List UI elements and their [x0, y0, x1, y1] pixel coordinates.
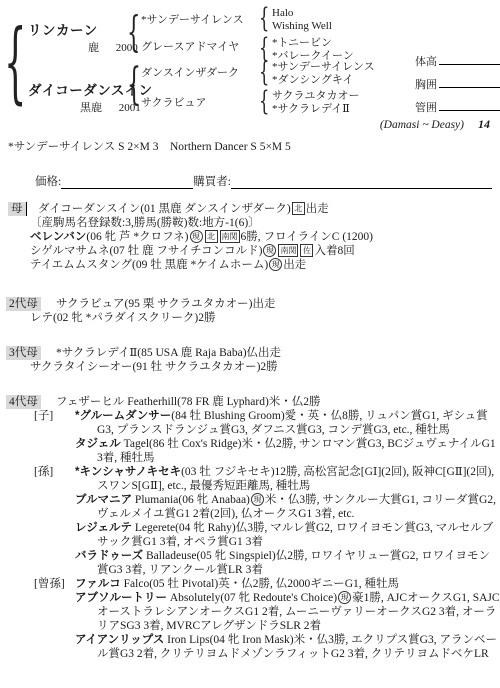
third-dam-head-text: *サクラレデイⅡ(85 USA 鹿 Raja Baba)仏出走 — [56, 347, 281, 359]
text-segment: 出走 — [283, 259, 306, 271]
text-segment: Balladeuse(05 牝 Singspiel)仏2勝, ロワイヤリュー賞G… — [97, 550, 490, 576]
text-segment: レテ(02 牝 *パラダイスクリーク)2勝 — [30, 312, 215, 324]
inbreeding-text: *サンデーサイレンス S 2×M 3 Northern Dancer S 5×M… — [8, 141, 291, 153]
third-dam-head-line: 3代母 *サクラレデイⅡ(85 USA 鹿 Raja Baba)仏出走 — [0, 346, 500, 360]
horse-name: ベレンバン — [30, 231, 86, 243]
sire-color: 鹿 — [88, 42, 99, 54]
text-segment: Legerete(04 牝 Rahy)仏3勝, マルレ賞G2, ロワイヨモン賞G… — [97, 522, 493, 548]
dam-head-line: 母 ダイコーダンスイン(01 黒鹿 ダンスインザダーク)北出走 — [0, 202, 500, 216]
dd-sire: サクラユタカオー — [272, 89, 360, 103]
horse-name: アブソルートリー — [75, 592, 167, 604]
text-segment: ダイコーダンスイン(01 黒鹿 ダンスインザダーク) — [38, 203, 291, 215]
text-segment: Absolutely(07 牝 Redoute's Choice) — [167, 592, 337, 604]
page-reference-range: (Damasi ~ Deasy) — [380, 119, 464, 131]
region-mark: 北 — [292, 202, 305, 215]
horse-name: ファルコ — [75, 578, 121, 590]
great-grandchildren-group: [曾孫] ファルコ Falco(05 牡 Pivotal)英・仏2勝, 仏200… — [0, 577, 500, 661]
grandchildren-group-label: [孫] — [34, 465, 53, 479]
measure-cannon-blank — [439, 99, 500, 111]
price-label: 価格: — [35, 175, 61, 189]
brace-dd-parents: { — [259, 88, 269, 115]
region-mark: 南関 — [220, 230, 240, 243]
page-number: 14 — [478, 117, 490, 131]
offspring-line: テイエムムスタング(09 牡 黒鹿 *ケイムホーム)現出走 — [30, 258, 500, 272]
fourth-dam-head-line: 4代母 フェザーヒル Featherhill(78 FR 鹿 Lyphard)米… — [0, 395, 500, 409]
text-segment: (06 牝 芦 *クロフネ) — [86, 231, 188, 243]
descendant-line: バラドゥーズ Balladeuse(05 牝 Singspiel)仏2勝, ロワ… — [75, 549, 500, 577]
brace-main: { — [4, 18, 26, 106]
measure-height: 体高 — [415, 53, 500, 69]
dam-name: ダイコーダンスイン — [28, 84, 153, 98]
active-racer-mark: 現 — [251, 493, 264, 506]
dam-section-label: 母 — [8, 202, 27, 216]
text-segment: 出走 — [306, 203, 329, 215]
dd-dam: *サクラレデイⅡ — [272, 102, 350, 116]
measure-height-label: 体高 — [415, 56, 437, 68]
region-mark: 南関 — [278, 244, 298, 257]
great-grandchildren-group-label: [曾孫] — [34, 577, 65, 591]
active-racer-mark: 現 — [190, 230, 203, 243]
descendant-line: *キンシャサノキセキ(03 牡 フジキセキ)12勝, 高松宮記念[GⅠ](2回)… — [75, 465, 500, 493]
horse-name: ブルマニア — [75, 494, 132, 506]
text-segment: フェザーヒル Featherhill(78 FR 鹿 Lyphard)米・仏2勝 — [56, 396, 321, 408]
measure-girth-label: 胸囲 — [415, 79, 437, 91]
dam-color-year: 黒鹿 2001 — [80, 101, 141, 115]
ss-dam: Wishing Well — [272, 19, 332, 33]
dam-sire-name: ダンスインザダーク — [141, 66, 239, 80]
dam-color: 黒鹿 — [80, 102, 102, 114]
measure-girth-blank — [439, 76, 500, 88]
descendant-line: タジェル Tagel(86 牡 Cox's Ridge)米・仏2勝, サンロマン… — [75, 437, 500, 465]
children-group-label: [子] — [34, 409, 53, 423]
granddam-head-text: サクラビュア(95 栗 サクラユタカオー)出走 — [56, 298, 276, 310]
grandchildren-group: [孫] *キンシャサノキセキ(03 牡 フジキセキ)12勝, 高松宮記念[GⅠ]… — [0, 465, 500, 577]
text-segment: シゲルマサムネ(07 牡 鹿 フサイチコンコルド) — [30, 245, 262, 257]
sire-dam-name: グレースアドマイヤ — [141, 40, 239, 54]
horse-name: *グルームダンサー — [75, 410, 171, 422]
dam-registration-line: 〔産駒馬名登録数:3,勝馬(勝鞍)数:地方-1(6)〕 — [30, 216, 500, 230]
measure-cannon-label: 管囲 — [415, 102, 437, 114]
text-segment: 入着8回 — [314, 245, 354, 257]
horse-name: レジェルテ — [75, 522, 132, 534]
fourth-dam-head-text: フェザーヒル Featherhill(78 FR 鹿 Lyphard)米・仏2勝 — [56, 396, 321, 408]
descendant-line: ブルマニア Plumania(06 牝 Anabaa)現米・仏3勝, サンクルー… — [75, 493, 500, 521]
ds-dam: *ダンシングキイ — [272, 73, 353, 87]
granddam-head-line: 2代母 サクラビュア(95 栗 サクラユタカオー)出走 — [0, 297, 500, 311]
sire-name: リンカーン — [28, 24, 98, 38]
pedigree-chart: { { { { { { { リンカーン 鹿 2000 ダイコーダンスイン 黒鹿 … — [0, 4, 500, 136]
text-segment: テイエムムスタング(09 牡 黒鹿 *ケイムホーム) — [30, 259, 268, 271]
region-mark: 佐 — [300, 244, 313, 257]
descendant-line: ファルコ Falco(05 牡 Pivotal)英・仏2勝, 仏2000ギニーG… — [75, 577, 500, 591]
dam-registration-text: 〔産駒馬名登録数:3,勝馬(勝鞍)数:地方-1(6)〕 — [30, 217, 260, 229]
ds-sire: *サンデーサイレンス — [272, 60, 375, 74]
fourth-dam-section: 4代母 フェザーヒル Featherhill(78 FR 鹿 Lyphard)米… — [0, 395, 500, 661]
price-blank — [61, 176, 193, 189]
inbreeding-note: *サンデーサイレンス S 2×M 3 Northern Dancer S 5×M… — [8, 140, 500, 154]
dam-head-text: ダイコーダンスイン(01 黒鹿 ダンスインザダーク)北出走 — [38, 203, 329, 215]
granddam-section: 2代母 サクラビュア(95 栗 サクラユタカオー)出走 レテ(02 牝 *パラダ… — [0, 297, 500, 325]
text-segment: Tagel(86 牡 Cox's Ridge)米・仏2勝, サンロマン賞G3, … — [97, 438, 496, 464]
offspring-line: レテ(02 牝 *パラダイスクリーク)2勝 — [30, 311, 500, 325]
dam-dam-name: サクラビュア — [141, 96, 207, 110]
sire-color-year: 鹿 2000 — [88, 41, 138, 55]
text-segment: Plumania(06 牝 Anabaa) — [132, 494, 250, 506]
catalog-page: { { { { { { { リンカーン 鹿 2000 ダイコーダンスイン 黒鹿 … — [0, 0, 500, 688]
price-row: 価格: 購買者: — [35, 175, 492, 189]
horse-name: バラドゥーズ — [75, 550, 143, 562]
measure-height-blank — [439, 53, 500, 65]
dam-section: 母 ダイコーダンスイン(01 黒鹿 ダンスインザダーク)北出走 〔産駒馬名登録数… — [0, 202, 500, 272]
offspring-line: サクラタイシーオー(91 牡 サクラユタカオー)2勝 — [30, 360, 500, 374]
granddam-section-label: 2代母 — [6, 297, 41, 311]
ss-sire: Halo — [272, 6, 293, 20]
text-segment: サクラタイシーオー(91 牡 サクラユタカオー)2勝 — [30, 361, 278, 373]
children-group: [子] *グルームダンサー(84 牡 Blushing Groom)愛・英・仏8… — [0, 409, 500, 465]
horse-name: アイアンリップス — [75, 634, 164, 646]
dam-year: 2001 — [119, 102, 141, 114]
page-reference: (Damasi ~ Deasy)14 — [380, 117, 490, 132]
descendant-line: *グルームダンサー(84 牡 Blushing Groom)愛・英・仏8勝, リ… — [75, 409, 500, 437]
active-racer-mark: 現 — [263, 244, 276, 257]
buyer-label: 購買者: — [193, 175, 231, 189]
descendant-line: レジェルテ Legerete(04 牝 Rahy)仏3勝, マルレ賞G2, ロワ… — [75, 521, 500, 549]
text-segment: サクラビュア(95 栗 サクラユタカオー)出走 — [56, 298, 276, 310]
active-racer-mark: 現 — [269, 258, 282, 271]
measure-cannon: 管囲 — [415, 99, 500, 115]
horse-name: *キンシャサノキセキ — [75, 466, 181, 478]
active-racer-mark: 現 — [338, 591, 351, 604]
fourth-dam-section-label: 4代母 — [6, 395, 41, 409]
offspring-line: ベレンバン(06 牝 芦 *クロフネ)現北南関6勝, フロイラインC (1200… — [30, 230, 500, 244]
descendant-line: アブソルートリー Absolutely(07 牝 Redoute's Choic… — [75, 591, 500, 633]
region-mark: 北 — [205, 230, 218, 243]
horse-name: タジェル — [75, 438, 121, 450]
offspring-line: シゲルマサムネ(07 牡 鹿 フサイチコンコルド)現南関佐入着8回 — [30, 244, 500, 258]
text-segment: *サクラレデイⅡ(85 USA 鹿 Raja Baba)仏出走 — [56, 347, 281, 359]
text-segment: Falco(05 牡 Pivotal)英・仏2勝, 仏2000ギニーG1, 種牡… — [121, 578, 399, 590]
sire-year: 2000 — [116, 42, 138, 54]
brace-ds-parents: { — [259, 59, 269, 86]
third-dam-section-label: 3代母 — [6, 346, 41, 360]
sd-sire: *トニービン — [272, 36, 332, 50]
measure-girth: 胸囲 — [415, 76, 500, 92]
sire-sire-name: *サンデーサイレンス — [141, 13, 244, 27]
descendant-line: アイアンリップス Iron Lips(04 牝 Iron Mask)米・仏3勝,… — [75, 633, 500, 661]
brace-ss-parents: { — [259, 5, 269, 32]
buyer-blank — [231, 176, 492, 189]
third-dam-section: 3代母 *サクラレデイⅡ(85 USA 鹿 Raja Baba)仏出走 サクラタ… — [0, 346, 500, 374]
text-segment: 6勝, フロイラインC (1200) — [241, 231, 374, 243]
